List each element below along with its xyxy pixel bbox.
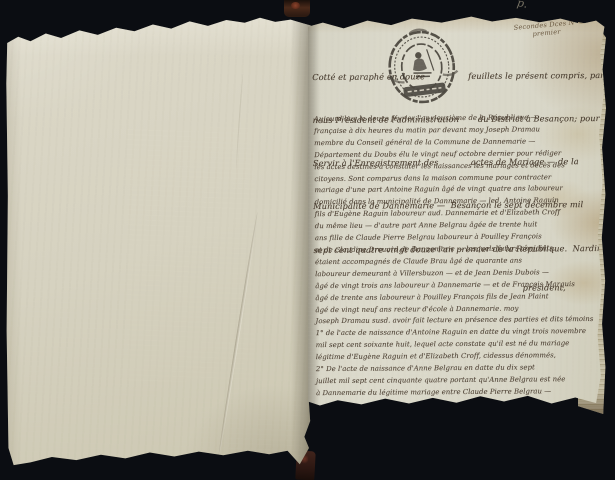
- manuscript-line: à Dannemarie du légitime mariage entre C…: [316, 386, 603, 400]
- left-blank-page: [6, 16, 312, 466]
- archival-annotation: Secondes Dces N° premier: [514, 19, 580, 40]
- book-spine-head: [284, 0, 310, 17]
- manuscript-line: âgé de vingt trois ans laboureur à Danne…: [315, 279, 602, 293]
- archival-book-scan: p. Secondes Dces N° premier Cotté et par…: [0, 0, 615, 480]
- manuscript-line: juillet mil sept cent cinquante quatre p…: [316, 374, 603, 388]
- manuscript-body: Aujourd'huy le douze février l'an deuxiè…: [314, 112, 603, 400]
- manuscript-page: Secondes Dces N° premier Cotté et paraph…: [308, 13, 605, 416]
- manuscript-line: les actes destinés à constater les naiss…: [314, 160, 601, 174]
- pen-flourish-mark: p.: [516, 0, 529, 11]
- paper-crease-small: [235, 74, 244, 170]
- ink-smudge: [388, 14, 401, 23]
- paper-crease: [217, 212, 259, 461]
- district-ink-stamp-icon: [384, 27, 460, 111]
